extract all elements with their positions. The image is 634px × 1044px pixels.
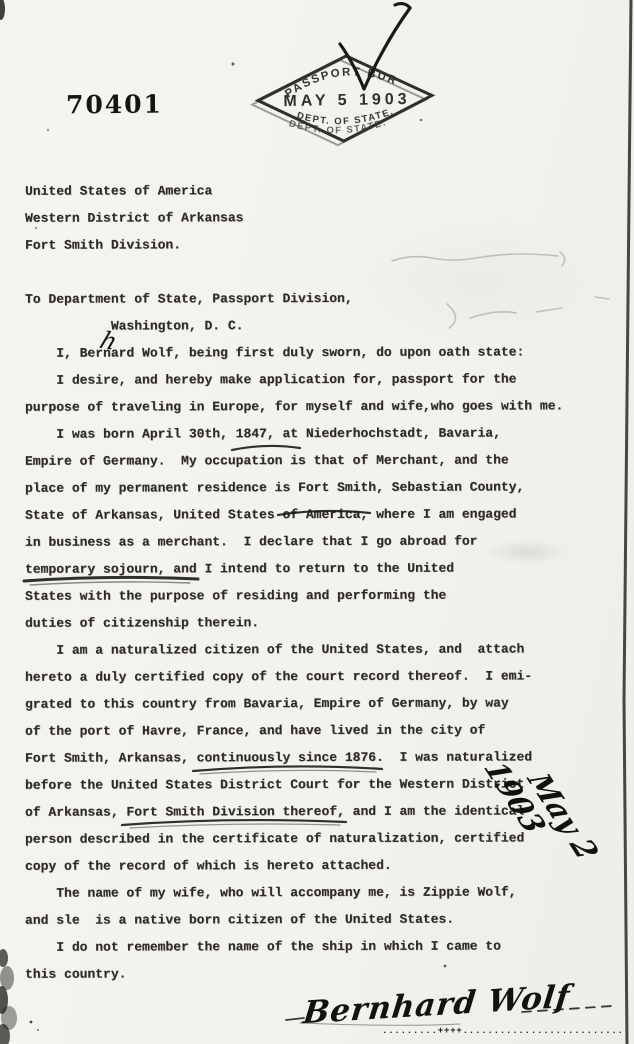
typed-line: purpose of traveling in Europe, for myse…: [25, 392, 625, 421]
typed-line: Western District of Arkansas: [25, 203, 625, 232]
typed-line: Empire of Germany. My occupation is that…: [25, 446, 625, 475]
typed-line: temporary sojourn, and I intend to retur…: [25, 554, 625, 583]
typed-line: States with the purpose of residing and …: [25, 581, 625, 610]
typed-line: Fort Smith Division.: [25, 230, 625, 259]
typed-line: I am a naturalized citizen of the United…: [25, 635, 625, 664]
typed-line: grated to this country from Bavaria, Emp…: [25, 689, 625, 718]
passport-application-scan: 70401 PASSPORT BUR MAY 5 1903 DEPT. OF S…: [0, 0, 634, 1044]
typed-body: United States of AmericaWestern District…: [25, 177, 625, 987]
typed-line: The name of my wife, who will accompany …: [25, 878, 625, 907]
stamp-bureau-label: PASSPORT BUR: [283, 66, 400, 101]
typed-line: United States of America: [25, 176, 625, 205]
pen-stroke-through-stamp: [340, 4, 410, 89]
stamp-date: MAY 5 1903: [283, 91, 410, 110]
docket-number: 70401: [66, 90, 163, 120]
typed-line: State of Arkansas, United States of Amer…: [25, 500, 625, 529]
typed-line: To Department of State, Passport Divisio…: [25, 284, 625, 313]
typed-line: and sle is a native born citizen of the …: [25, 905, 625, 934]
typed-line: [25, 257, 625, 286]
typed-line: I was born April 30th, 1847, at Niederho…: [25, 419, 625, 448]
typed-line: duties of citizenship therein.: [25, 608, 625, 637]
typed-line: I do not remember the name of the ship i…: [25, 932, 625, 961]
typed-line: of the port of Havre, France, and have l…: [25, 716, 625, 745]
typed-line: place of my permanent residence is Fort …: [25, 473, 625, 502]
typed-line: Fort Smith, Arkansas, continuously since…: [25, 743, 625, 772]
stamp-dept-label-echo: DEPT. OF STATE.: [288, 117, 389, 137]
typed-line: in business as a merchant. I declare tha…: [25, 527, 625, 556]
typed-line: hereto a duly certified copy of the cour…: [25, 662, 625, 691]
typed-line: I desire, and hereby make application fo…: [25, 365, 625, 394]
dotted-line: .........++++..........................: [382, 1026, 632, 1036]
stamp-dept-label: DEPT. OF STATE.: [295, 106, 396, 128]
